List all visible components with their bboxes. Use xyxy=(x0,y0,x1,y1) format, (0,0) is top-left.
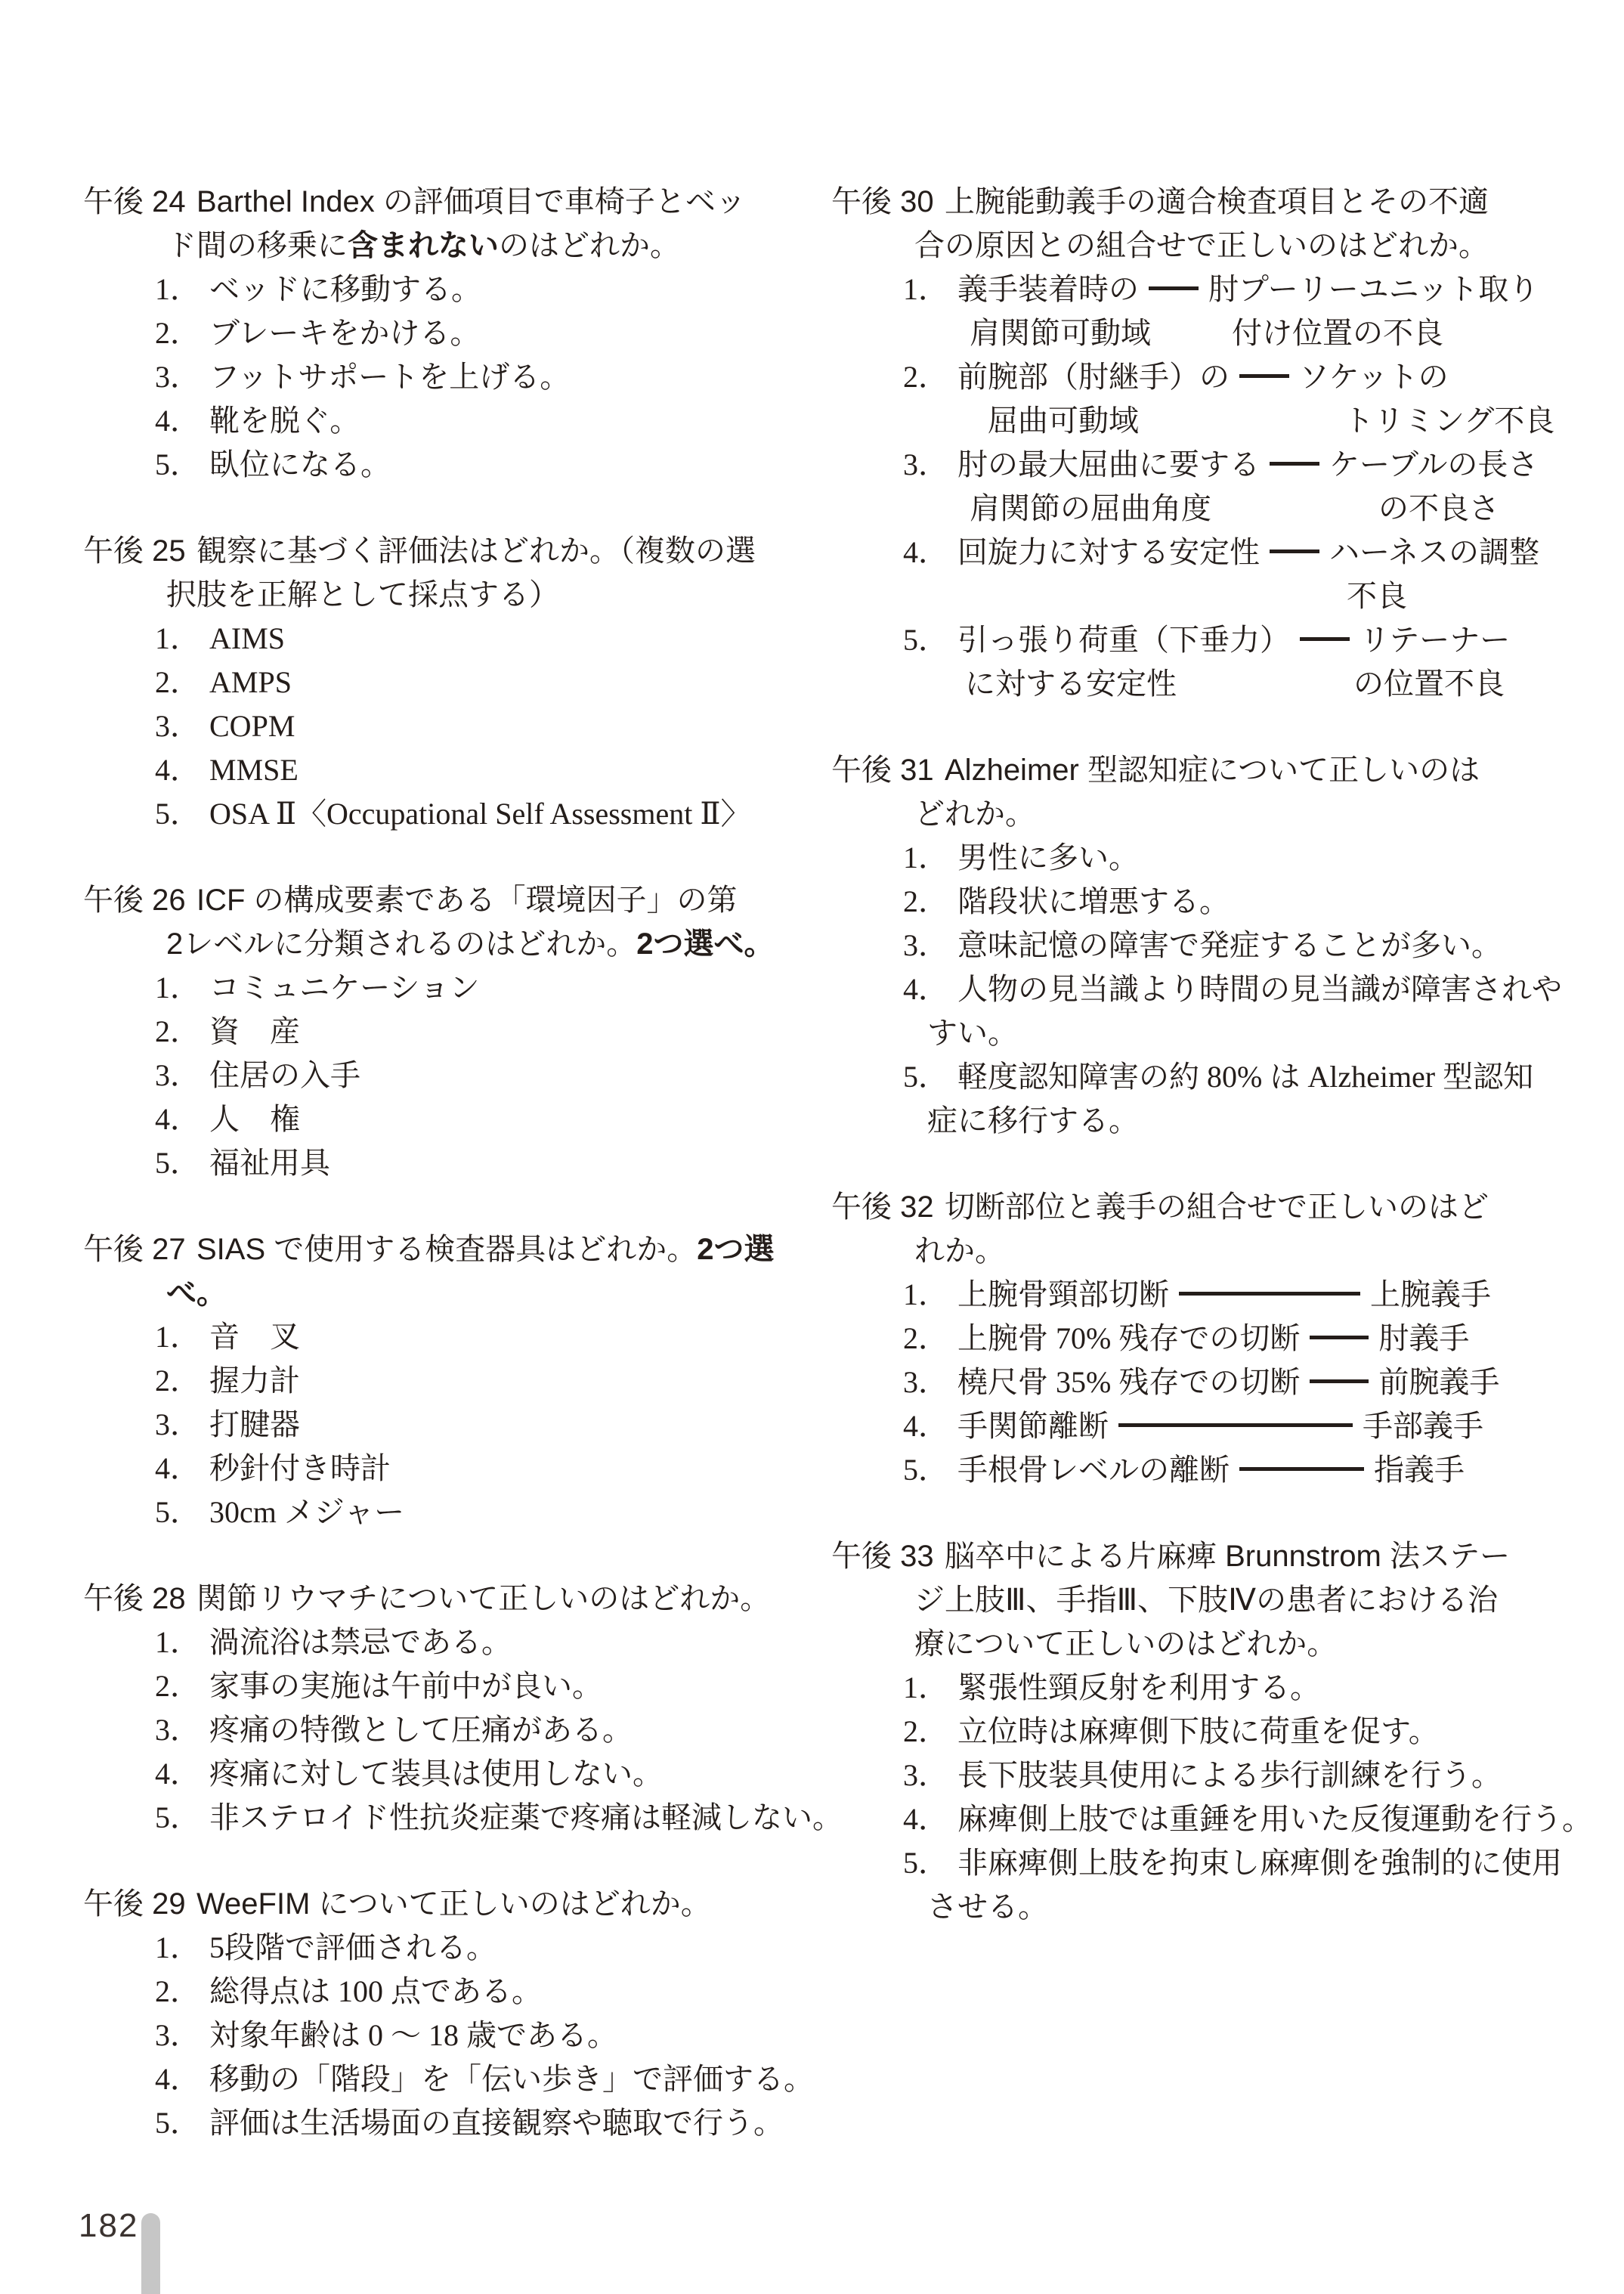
question-stem: 午後 32切断部位と義手の組合せで正しいのはど xyxy=(831,1185,1598,1229)
text-segment: の位置不良 xyxy=(1353,667,1505,701)
option-number: 3． xyxy=(155,704,209,748)
option-line: 男性に多い。 xyxy=(957,836,1598,880)
question-stem-continued: 療について正しいのはどれか。 xyxy=(831,1622,1598,1666)
option-body: 肘の最大屈曲に要するケーブルの長さ肩関節の屈曲角度の不良さ xyxy=(957,443,1598,531)
question-stem: 午後 24Barthel Index の評価項目で車椅子とベッ xyxy=(83,180,850,224)
answer-option: 2．立位時は麻痺側下肢に荷重を促す。 xyxy=(831,1710,1598,1754)
text-segment: ハーネスの調整 xyxy=(1329,535,1539,569)
option-number: 1． xyxy=(903,836,957,880)
answer-option: 3．長下肢装具使用による歩行訓練を行う。 xyxy=(831,1754,1598,1797)
option-body: 握力計 xyxy=(209,1359,850,1403)
option-line: 引っ張り荷重（下垂力）リテーナー xyxy=(957,618,1598,662)
answer-option: 5．臥位になる。 xyxy=(83,443,850,487)
option-number: 5． xyxy=(155,1796,209,1840)
option-line: 5段階で評価される。 xyxy=(209,1926,850,1970)
option-line: コミュニケーション xyxy=(209,966,850,1010)
text-segment: 資 産 xyxy=(209,1014,300,1048)
option-line: に対する安定性の位置不良 xyxy=(957,662,1598,706)
text-segment: 観察に基づく評価法はどれか。 xyxy=(196,534,620,568)
text-segment: 肘の最大屈曲に要する xyxy=(957,447,1260,481)
option-body: 引っ張り荷重（下垂力）リテーナーに対する安定性の位置不良 xyxy=(957,618,1598,706)
text-segment: リテーナー xyxy=(1360,623,1510,657)
text-segment: れか。 xyxy=(914,1234,1005,1268)
answer-option: 4．人 権 xyxy=(83,1097,850,1141)
option-body: 義手装着時の肘プーリーユニット取り肩関節可動域付け位置の不良 xyxy=(957,268,1598,355)
option-line: 福祉用具 xyxy=(209,1141,850,1185)
page-edge-bar xyxy=(141,2213,160,2294)
text-segment: 手部義手 xyxy=(1363,1409,1483,1443)
answer-option: 4．秒針付き時計 xyxy=(83,1447,850,1491)
option-line: 屈曲可動域トリミング不良 xyxy=(957,399,1598,443)
question-pm29: 午後 29WeeFIM について正しいのはどれか。1．5段階で評価される。2．総… xyxy=(83,1882,850,2145)
option-line: 移動の「階段」を「伝い歩き」で評価する。 xyxy=(209,2057,850,2101)
option-number: 1． xyxy=(155,617,209,661)
text-segment: （複数の選 xyxy=(620,534,756,568)
answer-option: 2．AMPS xyxy=(83,661,850,704)
option-body: 意味記憶の障害で発症することが多い。 xyxy=(957,924,1598,967)
option-body: 打腱器 xyxy=(209,1403,850,1447)
option-line: ベッドに移動する。 xyxy=(209,268,850,311)
answer-option: 2．階段状に増悪する。 xyxy=(831,880,1598,924)
answer-option: 1．渦流浴は禁忌である。 xyxy=(83,1621,850,1664)
connector-dash-line xyxy=(1310,1379,1369,1383)
option-number: 3． xyxy=(903,1361,957,1404)
text-segment: の不良さ xyxy=(1378,491,1499,525)
question-number: 午後 30 xyxy=(831,180,945,224)
text-segment: OSA Ⅱ〈Occupational Self Assessment Ⅱ〉 xyxy=(209,797,751,831)
aligned-cell: 肩関節可動域 xyxy=(957,311,1232,355)
text-segment: 前腕部（肘継手）の xyxy=(957,360,1230,394)
answer-option: 3．意味記憶の障害で発症することが多い。 xyxy=(831,924,1598,967)
option-line: 資 産 xyxy=(209,1010,850,1054)
option-body: 上腕骨 70% 残存での切断肘義手 xyxy=(957,1317,1598,1361)
answer-option: 1．コミュニケーション xyxy=(83,966,850,1010)
text-segment: 不良 xyxy=(1347,579,1407,613)
question-number: 午後 32 xyxy=(831,1185,945,1229)
option-body: 長下肢装具使用による歩行訓練を行う。 xyxy=(957,1754,1598,1797)
option-number: 4． xyxy=(903,531,957,618)
option-line: 長下肢装具使用による歩行訓練を行う。 xyxy=(957,1754,1598,1797)
option-body: 橈尺骨 35% 残存での切断前腕義手 xyxy=(957,1361,1598,1404)
text-segment: 男性に多い。 xyxy=(957,841,1139,875)
question-stem: 午後 31Alzheimer 型認知症について正しいのは xyxy=(831,748,1598,792)
option-number: 5． xyxy=(155,443,209,487)
option-line: 打腱器 xyxy=(209,1403,850,1447)
answer-option: 5．手根骨レベルの離断指義手 xyxy=(831,1448,1598,1492)
text-segment: 非ステロイド性抗炎症薬で疼痛は軽減しない。 xyxy=(209,1800,843,1834)
text-segment: 人物の見当識より時間の見当識が障害されや xyxy=(957,972,1562,1006)
answer-option: 1．AIMS xyxy=(83,617,850,661)
connector-dash-line xyxy=(1300,637,1350,641)
option-body: ベッドに移動する。 xyxy=(209,268,850,311)
option-body: OSA Ⅱ〈Occupational Self Assessment Ⅱ〉 xyxy=(209,792,850,836)
text-segment: 肘義手 xyxy=(1378,1321,1469,1355)
question-number: 午後 27 xyxy=(83,1227,196,1271)
option-body: フットサポートを上げる。 xyxy=(209,355,850,399)
answer-option: 5．30cm メジャー xyxy=(83,1491,850,1534)
option-line: OSA Ⅱ〈Occupational Self Assessment Ⅱ〉 xyxy=(209,792,850,836)
option-number: 2． xyxy=(155,1970,209,2014)
option-line: AIMS xyxy=(209,617,850,661)
option-number: 2． xyxy=(155,1664,209,1708)
answer-option: 2．ブレーキをかける。 xyxy=(83,311,850,355)
answer-option: 5．軽度認知障害の約 80% は Alzheimer 型認知症に移行する。 xyxy=(831,1055,1598,1143)
option-body: MMSE xyxy=(209,748,850,792)
text-segment: SIAS で使用する検査器具はどれか。 xyxy=(196,1233,697,1266)
option-line: AMPS xyxy=(209,661,850,704)
text-segment: 疼痛に対して装具は使用しない。 xyxy=(209,1757,663,1791)
option-body: 総得点は 100 点である。 xyxy=(209,1970,850,2014)
option-line: 疼痛の特徴として圧痛がある。 xyxy=(209,1708,850,1752)
text-segment: ベッドに移動する。 xyxy=(209,272,481,306)
answer-option: 5．評価は生活場面の直接観察や聴取で行う。 xyxy=(83,2101,850,2145)
text-segment: 関節リウマチについて正しいのはどれか。 xyxy=(196,1582,770,1615)
text-segment: ICF の構成要素である「環境因子」の第 xyxy=(196,884,738,917)
text-segment: 階段状に増悪する。 xyxy=(957,884,1230,918)
text-segment: 含まれない xyxy=(348,229,499,262)
text-segment: 手関節離断 xyxy=(957,1409,1109,1443)
option-number: 1． xyxy=(155,1926,209,1970)
option-body: 秒針付き時計 xyxy=(209,1447,850,1491)
option-body: 手根骨レベルの離断指義手 xyxy=(957,1448,1598,1492)
option-body: 非麻痺側上肢を拘束し麻痺側を強制的に使用させる。 xyxy=(957,1841,1598,1929)
text-segment: 疼痛の特徴として圧痛がある。 xyxy=(209,1713,633,1747)
option-line: 総得点は 100 点である。 xyxy=(209,1970,850,2014)
aligned-cell: 肩関節の屈曲角度 xyxy=(957,487,1378,531)
option-line: させる。 xyxy=(927,1885,1598,1929)
text-segment: のはどれか。 xyxy=(499,229,680,262)
text-segment: 上腕能動義手の適合検査項目とその不適 xyxy=(945,185,1489,218)
aligned-cell: に対する安定性 xyxy=(957,662,1353,706)
question-pm25: 午後 25観察に基づく評価法はどれか。（複数の選択肢を正解として採点する）1．A… xyxy=(83,529,850,836)
option-line: 義手装着時の肘プーリーユニット取り xyxy=(957,268,1598,311)
option-number: 3． xyxy=(903,443,957,531)
text-segment: 手根骨レベルの離断 xyxy=(957,1453,1230,1487)
question-pm33: 午後 33脳卒中による片麻痺 Brunnstrom 法ステージ上肢Ⅲ、手指Ⅲ、下… xyxy=(831,1534,1598,1929)
option-body: 福祉用具 xyxy=(209,1141,850,1185)
option-line: 対象年齢は 0 ～ 18 歳である。 xyxy=(209,2014,850,2057)
question-pm32: 午後 32切断部位と義手の組合せで正しいのはどれか。1．上腕骨頸部切断上腕義手2… xyxy=(831,1185,1598,1492)
question-stem-continued: れか。 xyxy=(831,1229,1598,1273)
text-segment: 人 権 xyxy=(209,1102,300,1136)
question-number: 午後 25 xyxy=(83,529,196,573)
option-body: AIMS xyxy=(209,617,850,661)
option-line: 意味記憶の障害で発症することが多い。 xyxy=(957,924,1598,967)
question-stem-continued: べ。 xyxy=(83,1271,850,1315)
answer-option: 2．握力計 xyxy=(83,1359,850,1403)
option-number: 2． xyxy=(155,1010,209,1054)
option-line: 橈尺骨 35% 残存での切断前腕義手 xyxy=(957,1361,1598,1404)
option-body: 対象年齢は 0 ～ 18 歳である。 xyxy=(209,2014,850,2057)
text-segment: 択肢を正解として採点する） xyxy=(166,577,559,611)
answer-option: 4．MMSE xyxy=(83,748,850,792)
text-segment: 肩関節可動域 xyxy=(970,316,1151,350)
text-segment: 引っ張り荷重（下垂力） xyxy=(957,623,1290,657)
answer-option: 4．人物の見当識より時間の見当識が障害されやすい。 xyxy=(831,967,1598,1055)
option-line: 家事の実施は午前中が良い。 xyxy=(209,1664,850,1708)
option-line: 症に移行する。 xyxy=(927,1099,1598,1143)
option-body: 手関節離断手部義手 xyxy=(957,1404,1598,1448)
option-number: 4． xyxy=(155,1752,209,1796)
option-line: MMSE xyxy=(209,748,850,792)
option-number: 1． xyxy=(155,1621,209,1664)
option-number: 1． xyxy=(903,268,957,355)
option-number: 4． xyxy=(903,1404,957,1448)
text-segment: 2つ選 xyxy=(697,1233,774,1266)
text-segment: 30cm メジャー xyxy=(209,1495,404,1529)
text-segment: 握力計 xyxy=(209,1364,300,1398)
option-number: 3． xyxy=(155,1403,209,1447)
option-number: 5． xyxy=(155,1491,209,1534)
option-body: 疼痛に対して装具は使用しない。 xyxy=(209,1752,850,1796)
option-body: 男性に多い。 xyxy=(957,836,1598,880)
answer-option: 3．COPM xyxy=(83,704,850,748)
text-segment: 指義手 xyxy=(1374,1453,1465,1487)
option-body: 麻痺側上肢では重錘を用いた反復運動を行う。 xyxy=(957,1797,1598,1841)
text-segment: に対する安定性 xyxy=(965,667,1177,701)
text-segment: 家事の実施は午前中が良い。 xyxy=(209,1669,602,1703)
option-number: 1． xyxy=(155,966,209,1010)
text-segment: 打腱器 xyxy=(209,1407,300,1441)
option-line: 非ステロイド性抗炎症薬で疼痛は軽減しない。 xyxy=(209,1796,850,1840)
text-segment: 対象年齢は 0 ～ 18 歳である。 xyxy=(209,2018,617,2052)
question-pm24: 午後 24Barthel Index の評価項目で車椅子とベッド間の移乗に含まれ… xyxy=(83,180,850,487)
option-number: 5． xyxy=(155,1141,209,1185)
answer-option: 2．前腕部（肘継手）のソケットの屈曲可動域トリミング不良 xyxy=(831,355,1598,443)
text-segment: AMPS xyxy=(209,665,292,699)
text-segment: 療について正しいのはどれか。 xyxy=(914,1627,1337,1661)
answer-option: 1．5段階で評価される。 xyxy=(83,1926,850,1970)
option-body: 回旋力に対する安定性ハーネスの調整不良 xyxy=(957,531,1598,618)
option-number: 2． xyxy=(903,880,957,924)
answer-option: 5．非ステロイド性抗炎症薬で疼痛は軽減しない。 xyxy=(83,1796,850,1840)
answer-option: 1．音 叉 xyxy=(83,1315,850,1359)
option-body: AMPS xyxy=(209,661,850,704)
text-segment: 切断部位と義手の組合せで正しいのはど xyxy=(945,1190,1489,1224)
text-segment: 付け位置の不良 xyxy=(1232,316,1443,350)
option-number: 1． xyxy=(155,268,209,311)
option-body: 家事の実施は午前中が良い。 xyxy=(209,1664,850,1708)
page-number: 182 xyxy=(79,2207,138,2245)
text-segment: 総得点は 100 点である。 xyxy=(209,1974,542,2008)
question-stem-continued: ジ上肢Ⅲ、手指Ⅲ、下肢Ⅳの患者における治 xyxy=(831,1578,1598,1622)
option-line: 住居の入手 xyxy=(209,1054,850,1097)
text-segment: させる。 xyxy=(927,1890,1048,1924)
answer-option: 1．上腕骨頸部切断上腕義手 xyxy=(831,1273,1598,1317)
option-line: 臥位になる。 xyxy=(209,443,850,487)
text-segment: 意味記憶の障害で発症することが多い。 xyxy=(957,928,1502,962)
text-segment: 福祉用具 xyxy=(209,1146,330,1180)
question-stem: 午後 26ICF の構成要素である「環境因子」の第 xyxy=(83,878,850,922)
text-segment: 肩関節の屈曲角度 xyxy=(970,491,1211,525)
option-line: 不良 xyxy=(957,574,1598,618)
option-line: 肩関節可動域付け位置の不良 xyxy=(957,311,1598,355)
option-number: 1． xyxy=(155,1315,209,1359)
option-line: 靴を脱ぐ。 xyxy=(209,399,850,443)
question-pm31: 午後 31Alzheimer 型認知症について正しいのはどれか。1．男性に多い。… xyxy=(831,748,1598,1143)
option-line: 秒針付き時計 xyxy=(209,1447,850,1491)
answer-option: 2．家事の実施は午前中が良い。 xyxy=(83,1664,850,1708)
answer-option: 1．男性に多い。 xyxy=(831,836,1598,880)
answer-option: 1．緊張性頸反射を利用する。 xyxy=(831,1666,1598,1710)
text-segment: 脳卒中による片麻痺 Brunnstrom 法ステー xyxy=(945,1540,1510,1573)
option-line: 階段状に増悪する。 xyxy=(957,880,1598,924)
text-segment: 緊張性頸反射を利用する。 xyxy=(957,1670,1320,1704)
connector-dash-line xyxy=(1270,550,1319,553)
option-number: 3． xyxy=(155,355,209,399)
text-segment: 上腕骨頸部切断 xyxy=(957,1277,1169,1311)
text-segment: Alzheimer 型認知症について正しいのは xyxy=(945,754,1480,787)
option-line: 麻痺側上肢では重錘を用いた反復運動を行う。 xyxy=(957,1797,1598,1841)
text-segment: 渦流浴は禁忌である。 xyxy=(209,1625,512,1659)
text-segment: どれか。 xyxy=(914,797,1035,831)
answer-option: 4．麻痺側上肢では重錘を用いた反復運動を行う。 xyxy=(831,1797,1598,1841)
answer-option: 4．手関節離断手部義手 xyxy=(831,1404,1598,1448)
option-body: 5段階で評価される。 xyxy=(209,1926,850,1970)
text-segment: AIMS xyxy=(209,621,285,655)
answer-option: 3．橈尺骨 35% 残存での切断前腕義手 xyxy=(831,1361,1598,1404)
option-number: 3． xyxy=(155,1708,209,1752)
option-body: 評価は生活場面の直接観察や聴取で行う。 xyxy=(209,2101,850,2145)
question-stem-continued: 択肢を正解として採点する） xyxy=(83,573,850,617)
option-number: 2． xyxy=(903,1317,957,1361)
option-number: 4． xyxy=(155,1447,209,1491)
text-segment: 麻痺側上肢では重錘を用いた反復運動を行う。 xyxy=(957,1802,1592,1836)
answer-option: 4．靴を脱ぐ。 xyxy=(83,399,850,443)
option-number: 2． xyxy=(155,1359,209,1403)
answer-option: 4．疼痛に対して装具は使用しない。 xyxy=(83,1752,850,1796)
text-segment: COPM xyxy=(209,709,295,743)
text-segment: ジ上肢Ⅲ、手指Ⅲ、下肢Ⅳの患者における治 xyxy=(914,1584,1498,1617)
text-segment: 回旋力に対する安定性 xyxy=(957,535,1260,569)
option-line: 回旋力に対する安定性ハーネスの調整 xyxy=(957,531,1598,574)
text-segment: フットサポートを上げる。 xyxy=(209,360,570,394)
question-number: 午後 26 xyxy=(83,878,196,922)
option-body: 人物の見当識より時間の見当識が障害されやすい。 xyxy=(957,967,1598,1055)
option-body: 住居の入手 xyxy=(209,1054,850,1097)
answer-option: 5．引っ張り荷重（下垂力）リテーナーに対する安定性の位置不良 xyxy=(831,618,1598,706)
answer-option: 4．移動の「階段」を「伝い歩き」で評価する。 xyxy=(83,2057,850,2101)
option-body: 30cm メジャー xyxy=(209,1491,850,1534)
option-number: 3． xyxy=(155,2014,209,2057)
option-number: 2． xyxy=(155,661,209,704)
option-line: 緊張性頸反射を利用する。 xyxy=(957,1666,1598,1710)
answer-option: 3．打腱器 xyxy=(83,1403,850,1447)
option-body: 靴を脱ぐ。 xyxy=(209,399,850,443)
question-column-right: 午後 30上腕能動義手の適合検査項目とその不適合の原因との組合せで正しいのはどれ… xyxy=(831,180,1598,1929)
text-segment: 非麻痺側上肢を拘束し麻痺側を強制的に使用 xyxy=(957,1846,1562,1880)
answer-option: 1．義手装着時の肘プーリーユニット取り肩関節可動域付け位置の不良 xyxy=(831,268,1598,355)
question-number: 午後 31 xyxy=(831,748,945,792)
option-number: 3． xyxy=(903,1754,957,1797)
connector-dash-line xyxy=(1270,462,1319,466)
option-line: 30cm メジャー xyxy=(209,1491,850,1534)
answer-option: 3．フットサポートを上げる。 xyxy=(83,355,850,399)
option-line: 疼痛に対して装具は使用しない。 xyxy=(209,1752,850,1796)
option-number: 1． xyxy=(903,1666,957,1710)
answer-option: 1．ベッドに移動する。 xyxy=(83,268,850,311)
question-stem: 午後 25観察に基づく評価法はどれか。（複数の選 xyxy=(83,529,850,573)
text-segment: 肘プーリーユニット取り xyxy=(1208,272,1539,306)
text-segment: 合の原因との組合せで正しいのはどれか。 xyxy=(914,229,1489,262)
text-segment: 上腕義手 xyxy=(1370,1277,1491,1311)
question-stem: 午後 28関節リウマチについて正しいのはどれか。 xyxy=(83,1577,850,1621)
option-line: 人 権 xyxy=(209,1097,850,1141)
text-segment: 義手装着時の xyxy=(957,272,1139,306)
option-body: 緊張性頸反射を利用する。 xyxy=(957,1666,1598,1710)
text-segment: 症に移行する。 xyxy=(927,1104,1139,1138)
text-segment: 軽度認知障害の約 80% は Alzheimer 型認知 xyxy=(957,1060,1533,1094)
option-number: 4． xyxy=(903,1797,957,1841)
option-line: 肩関節の屈曲角度の不良さ xyxy=(957,487,1598,531)
option-body: 移動の「階段」を「伝い歩き」で評価する。 xyxy=(209,2057,850,2101)
text-segment: 臥位になる。 xyxy=(209,447,391,481)
question-stem: 午後 30上腕能動義手の適合検査項目とその不適 xyxy=(831,180,1598,224)
option-line: 立位時は麻痺側下肢に荷重を促す。 xyxy=(957,1710,1598,1754)
text-segment: 2つ選べ。 xyxy=(636,927,774,961)
question-stem: 午後 29WeeFIM について正しいのはどれか。 xyxy=(83,1882,850,1926)
connector-dash-line xyxy=(1310,1336,1369,1339)
option-number: 3． xyxy=(903,924,957,967)
option-line: 評価は生活場面の直接観察や聴取で行う。 xyxy=(209,2101,850,2145)
connector-dash-line xyxy=(1179,1292,1360,1296)
question-stem: 午後 33脳卒中による片麻痺 Brunnstrom 法ステー xyxy=(831,1534,1598,1578)
text-segment: WeeFIM について正しいのはどれか。 xyxy=(196,1887,711,1921)
option-body: 階段状に増悪する。 xyxy=(957,880,1598,924)
option-body: COPM xyxy=(209,704,850,748)
option-body: 音 叉 xyxy=(209,1315,850,1359)
option-line: 握力計 xyxy=(209,1359,850,1403)
question-number: 午後 24 xyxy=(83,180,196,224)
option-number: 2． xyxy=(155,311,209,355)
option-body: コミュニケーション xyxy=(209,966,850,1010)
text-segment: 音 叉 xyxy=(209,1320,300,1354)
question-pm28: 午後 28関節リウマチについて正しいのはどれか。1．渦流浴は禁忌である。2．家事… xyxy=(83,1577,850,1840)
option-line: 前腕部（肘継手）のソケットの xyxy=(957,355,1598,399)
option-line: 上腕骨 70% 残存での切断肘義手 xyxy=(957,1317,1598,1361)
option-body: 渦流浴は禁忌である。 xyxy=(209,1621,850,1664)
option-number: 5． xyxy=(903,1448,957,1492)
option-number: 5． xyxy=(903,618,957,706)
text-segment: 長下肢装具使用による歩行訓練を行う。 xyxy=(957,1758,1502,1792)
text-segment: 移動の「階段」を「伝い歩き」で評価する。 xyxy=(209,2062,814,2096)
text-segment: 立位時は麻痺側下肢に荷重を促す。 xyxy=(957,1714,1439,1748)
text-segment: 5段階で評価される。 xyxy=(209,1930,496,1964)
text-segment: べ。 xyxy=(166,1277,227,1310)
text-segment: ブレーキをかける。 xyxy=(209,316,480,350)
answer-option: 4．回旋力に対する安定性ハーネスの調整不良 xyxy=(831,531,1598,618)
option-body: 資 産 xyxy=(209,1010,850,1054)
option-line: 軽度認知障害の約 80% は Alzheimer 型認知 xyxy=(957,1055,1598,1099)
text-segment: すい。 xyxy=(927,1016,1018,1050)
connector-dash-line xyxy=(1149,286,1199,290)
answer-option: 2．総得点は 100 点である。 xyxy=(83,1970,850,2014)
text-segment: 住居の入手 xyxy=(209,1058,360,1092)
option-line: 手根骨レベルの離断指義手 xyxy=(957,1448,1598,1492)
option-body: 立位時は麻痺側下肢に荷重を促す。 xyxy=(957,1710,1598,1754)
option-body: 非ステロイド性抗炎症薬で疼痛は軽減しない。 xyxy=(209,1796,850,1840)
option-body: 臥位になる。 xyxy=(209,443,850,487)
option-line: 非麻痺側上肢を拘束し麻痺側を強制的に使用 xyxy=(957,1841,1598,1885)
answer-option: 5．OSA Ⅱ〈Occupational Self Assessment Ⅱ〉 xyxy=(83,792,850,836)
answer-option: 5．非麻痺側上肢を拘束し麻痺側を強制的に使用させる。 xyxy=(831,1841,1598,1929)
option-number: 1． xyxy=(903,1273,957,1317)
option-line: 渦流浴は禁忌である。 xyxy=(209,1621,850,1664)
question-pm30: 午後 30上腕能動義手の適合検査項目とその不適合の原因との組合せで正しいのはどれ… xyxy=(831,180,1598,706)
option-number: 2． xyxy=(903,355,957,443)
option-line: 手関節離断手部義手 xyxy=(957,1404,1598,1448)
text-segment: Barthel Index の評価項目で車椅子とベッ xyxy=(196,185,746,218)
